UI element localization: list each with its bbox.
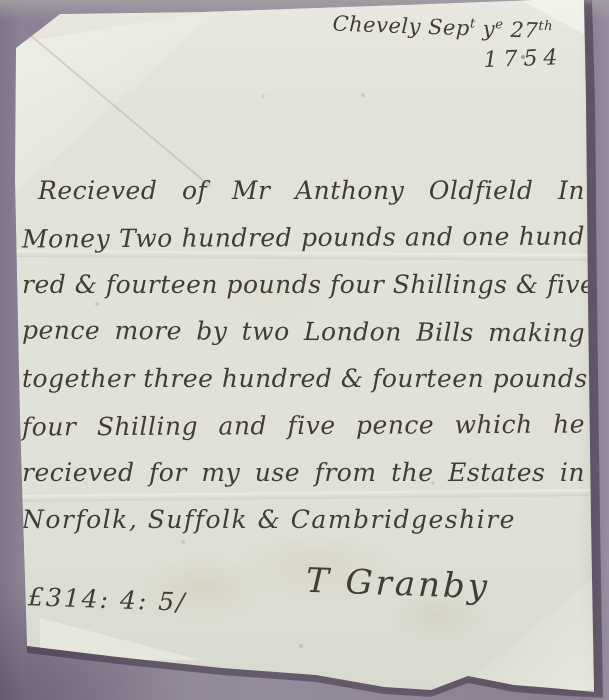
receipt-line-7: recieved for my use from the Estates in bbox=[22, 449, 585, 496]
receipt-line-6: four Shilling and five pence which he bbox=[22, 401, 585, 451]
dateline-superscript: th bbox=[538, 19, 553, 35]
dateline-text: Chevely Sep bbox=[332, 12, 470, 41]
total-amount: £314: 4: 5/ bbox=[28, 582, 188, 617]
album-page-photo: Chevely Sept ye 27th 1754 Recieved of Mr… bbox=[0, 0, 609, 700]
paper-stain-specks bbox=[0, 0, 2, 2]
receipt-line-2: Money Two hundred pounds and one hund bbox=[22, 213, 585, 263]
signature: T Granby bbox=[305, 561, 490, 607]
receipt-line-5: together three hundred & fourteen pounds bbox=[22, 355, 585, 402]
dateline-text: 27 bbox=[503, 18, 539, 43]
dateline: Chevely Sept ye 27th 1754 bbox=[331, 12, 589, 74]
dateline-place-date: Chevely Sept ye 27th bbox=[332, 12, 589, 45]
receipt-line-3: red & fourteen pounds four Shillings & f… bbox=[22, 261, 585, 308]
receipt-line-4: pence more by two London Bills making bbox=[22, 307, 585, 357]
receipt-body: Recieved of Mr Anthony Oldfield In Money… bbox=[22, 167, 585, 543]
receipt-line-8: Norfolk, Suffolk & Cambridgeshire bbox=[22, 496, 460, 543]
dateline-text: y bbox=[475, 17, 495, 42]
receipt-line-1: Recieved of Mr Anthony Oldfield In bbox=[22, 167, 585, 214]
receipt-document: Chevely Sept ye 27th 1754 Recieved of Mr… bbox=[0, 0, 609, 700]
dateline-year: 1754 bbox=[483, 45, 574, 73]
